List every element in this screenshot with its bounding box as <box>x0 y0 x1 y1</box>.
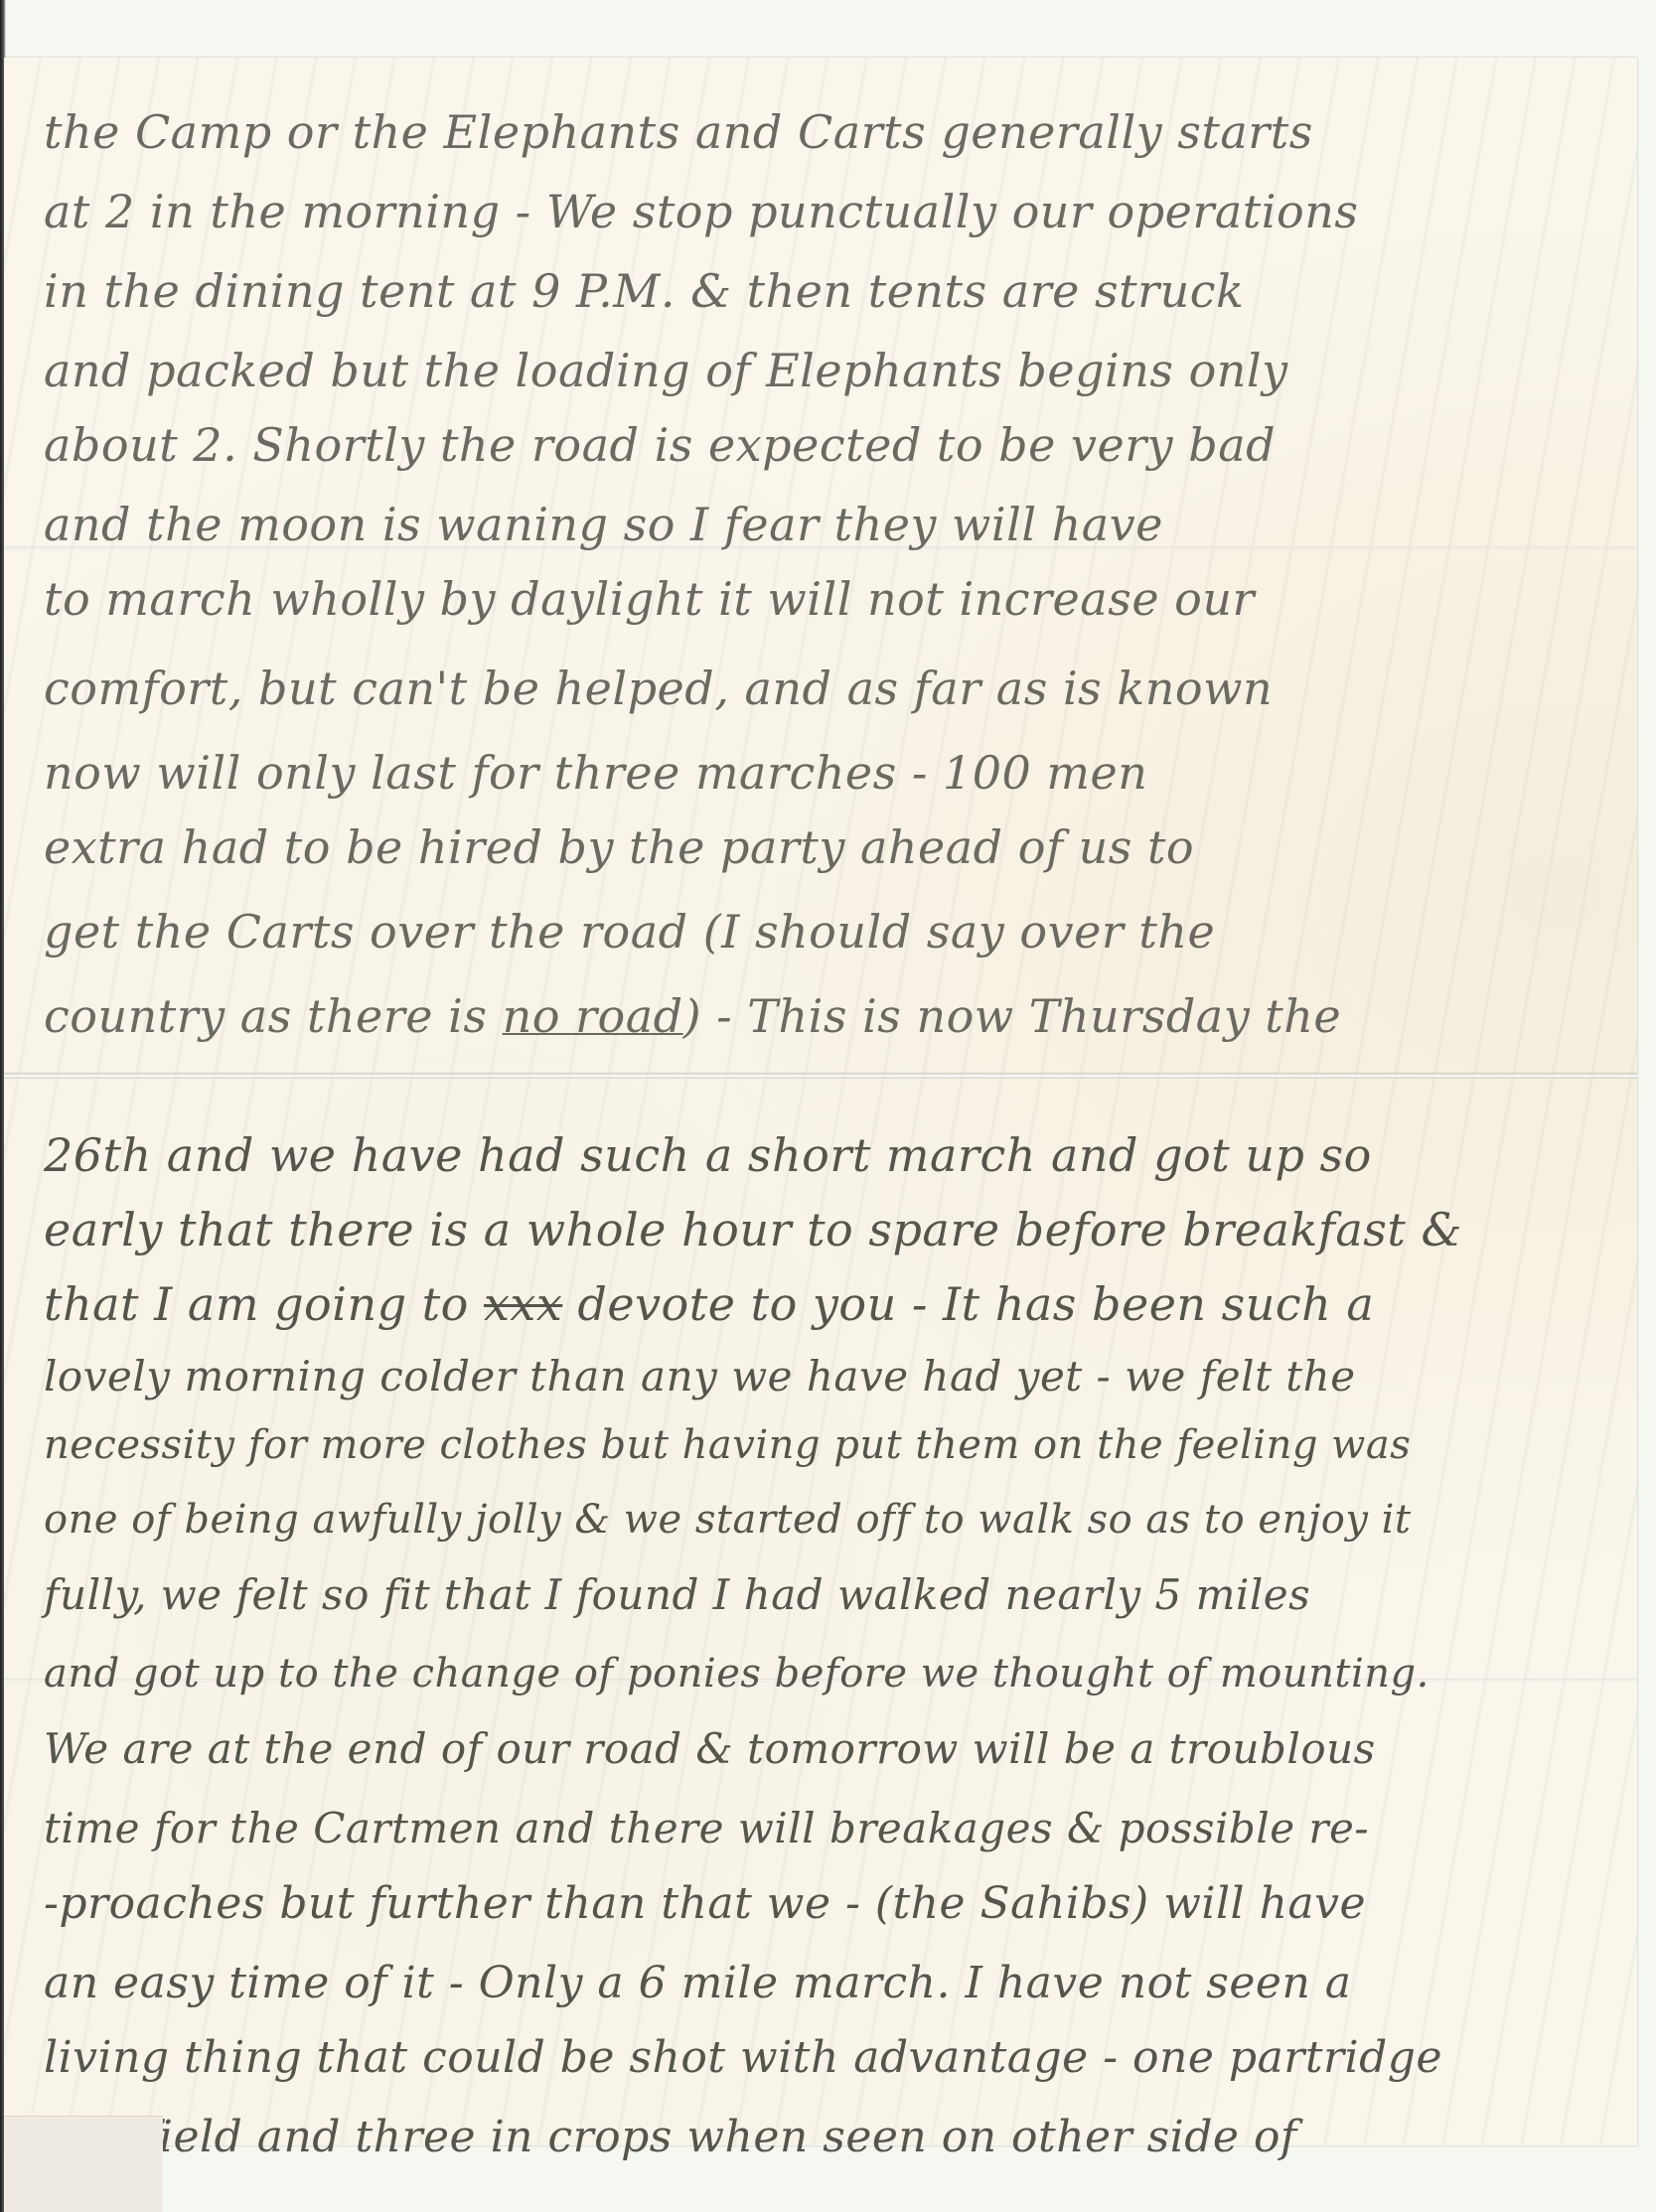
handwritten-line: fully, we felt so fit that I found I had… <box>44 1574 1613 1616</box>
handwritten-line: about 2. Shortly the road is expected to… <box>44 422 1613 468</box>
handwritten-line: to march wholly by daylight it will not … <box>44 576 1613 622</box>
struck-text: xxx <box>484 1277 562 1331</box>
handwritten-line: get the Carts over the road (I should sa… <box>44 909 1613 955</box>
handwritten-line: in the dining tent at 9 P.M. & then tent… <box>44 268 1613 314</box>
handwritten-line: the Camp or the Elephants and Carts gene… <box>44 109 1613 155</box>
underlined-text: no road <box>503 989 683 1043</box>
line-text: ) - This is now Thursday the <box>683 989 1342 1043</box>
fold-crease-center <box>4 1073 1637 1079</box>
handwritten-line: necessity for more clothes but having pu… <box>44 1425 1613 1465</box>
letter-page: the Camp or the Elephants and Carts gene… <box>4 58 1637 2145</box>
handwritten-line: time for the Cartmen and there will brea… <box>44 1808 1613 1849</box>
line-text: that I am going to <box>44 1277 484 1331</box>
handwritten-line: comfort, but can't be helped, and as far… <box>44 665 1613 711</box>
line-text: country as there is <box>44 989 503 1043</box>
handwritten-line: and packed but the loading of Elephants … <box>44 348 1613 393</box>
handwritten-line: extra had to be hired by the party ahead… <box>44 824 1613 870</box>
handwritten-line: in a field and three in crops when seen … <box>44 2116 1613 2159</box>
folded-corner <box>4 2116 163 2212</box>
handwritten-line: at 2 in the morning - We stop punctually… <box>44 189 1613 234</box>
handwritten-line: and got up to the change of ponies befor… <box>44 1654 1613 1694</box>
handwritten-line: that I am going to xxx devote to you - I… <box>44 1281 1613 1327</box>
handwritten-line: 26th and we have had such a short march … <box>44 1132 1613 1178</box>
handwritten-line: lovely morning colder than any we have h… <box>44 1356 1613 1398</box>
handwritten-line: and the moon is waning so I fear they wi… <box>44 502 1613 547</box>
handwritten-line: living thing that could be shot with adv… <box>44 2036 1613 2080</box>
handwritten-line: early that there is a whole hour to spar… <box>44 1207 1613 1253</box>
handwritten-line: an easy time of it - Only a 6 mile march… <box>44 1962 1613 2005</box>
handwritten-line: country as there is no road) - This is n… <box>44 993 1613 1039</box>
handwritten-line: -proaches but further than that we - (th… <box>44 1882 1613 1926</box>
handwritten-line: now will only last for three marches - 1… <box>44 750 1613 796</box>
line-text: devote to you - It has been such a <box>562 1277 1374 1331</box>
handwritten-line: We are at the end of our road & tomorrow… <box>44 1728 1613 1770</box>
handwritten-line: one of being awfully jolly & we started … <box>44 1500 1613 1540</box>
